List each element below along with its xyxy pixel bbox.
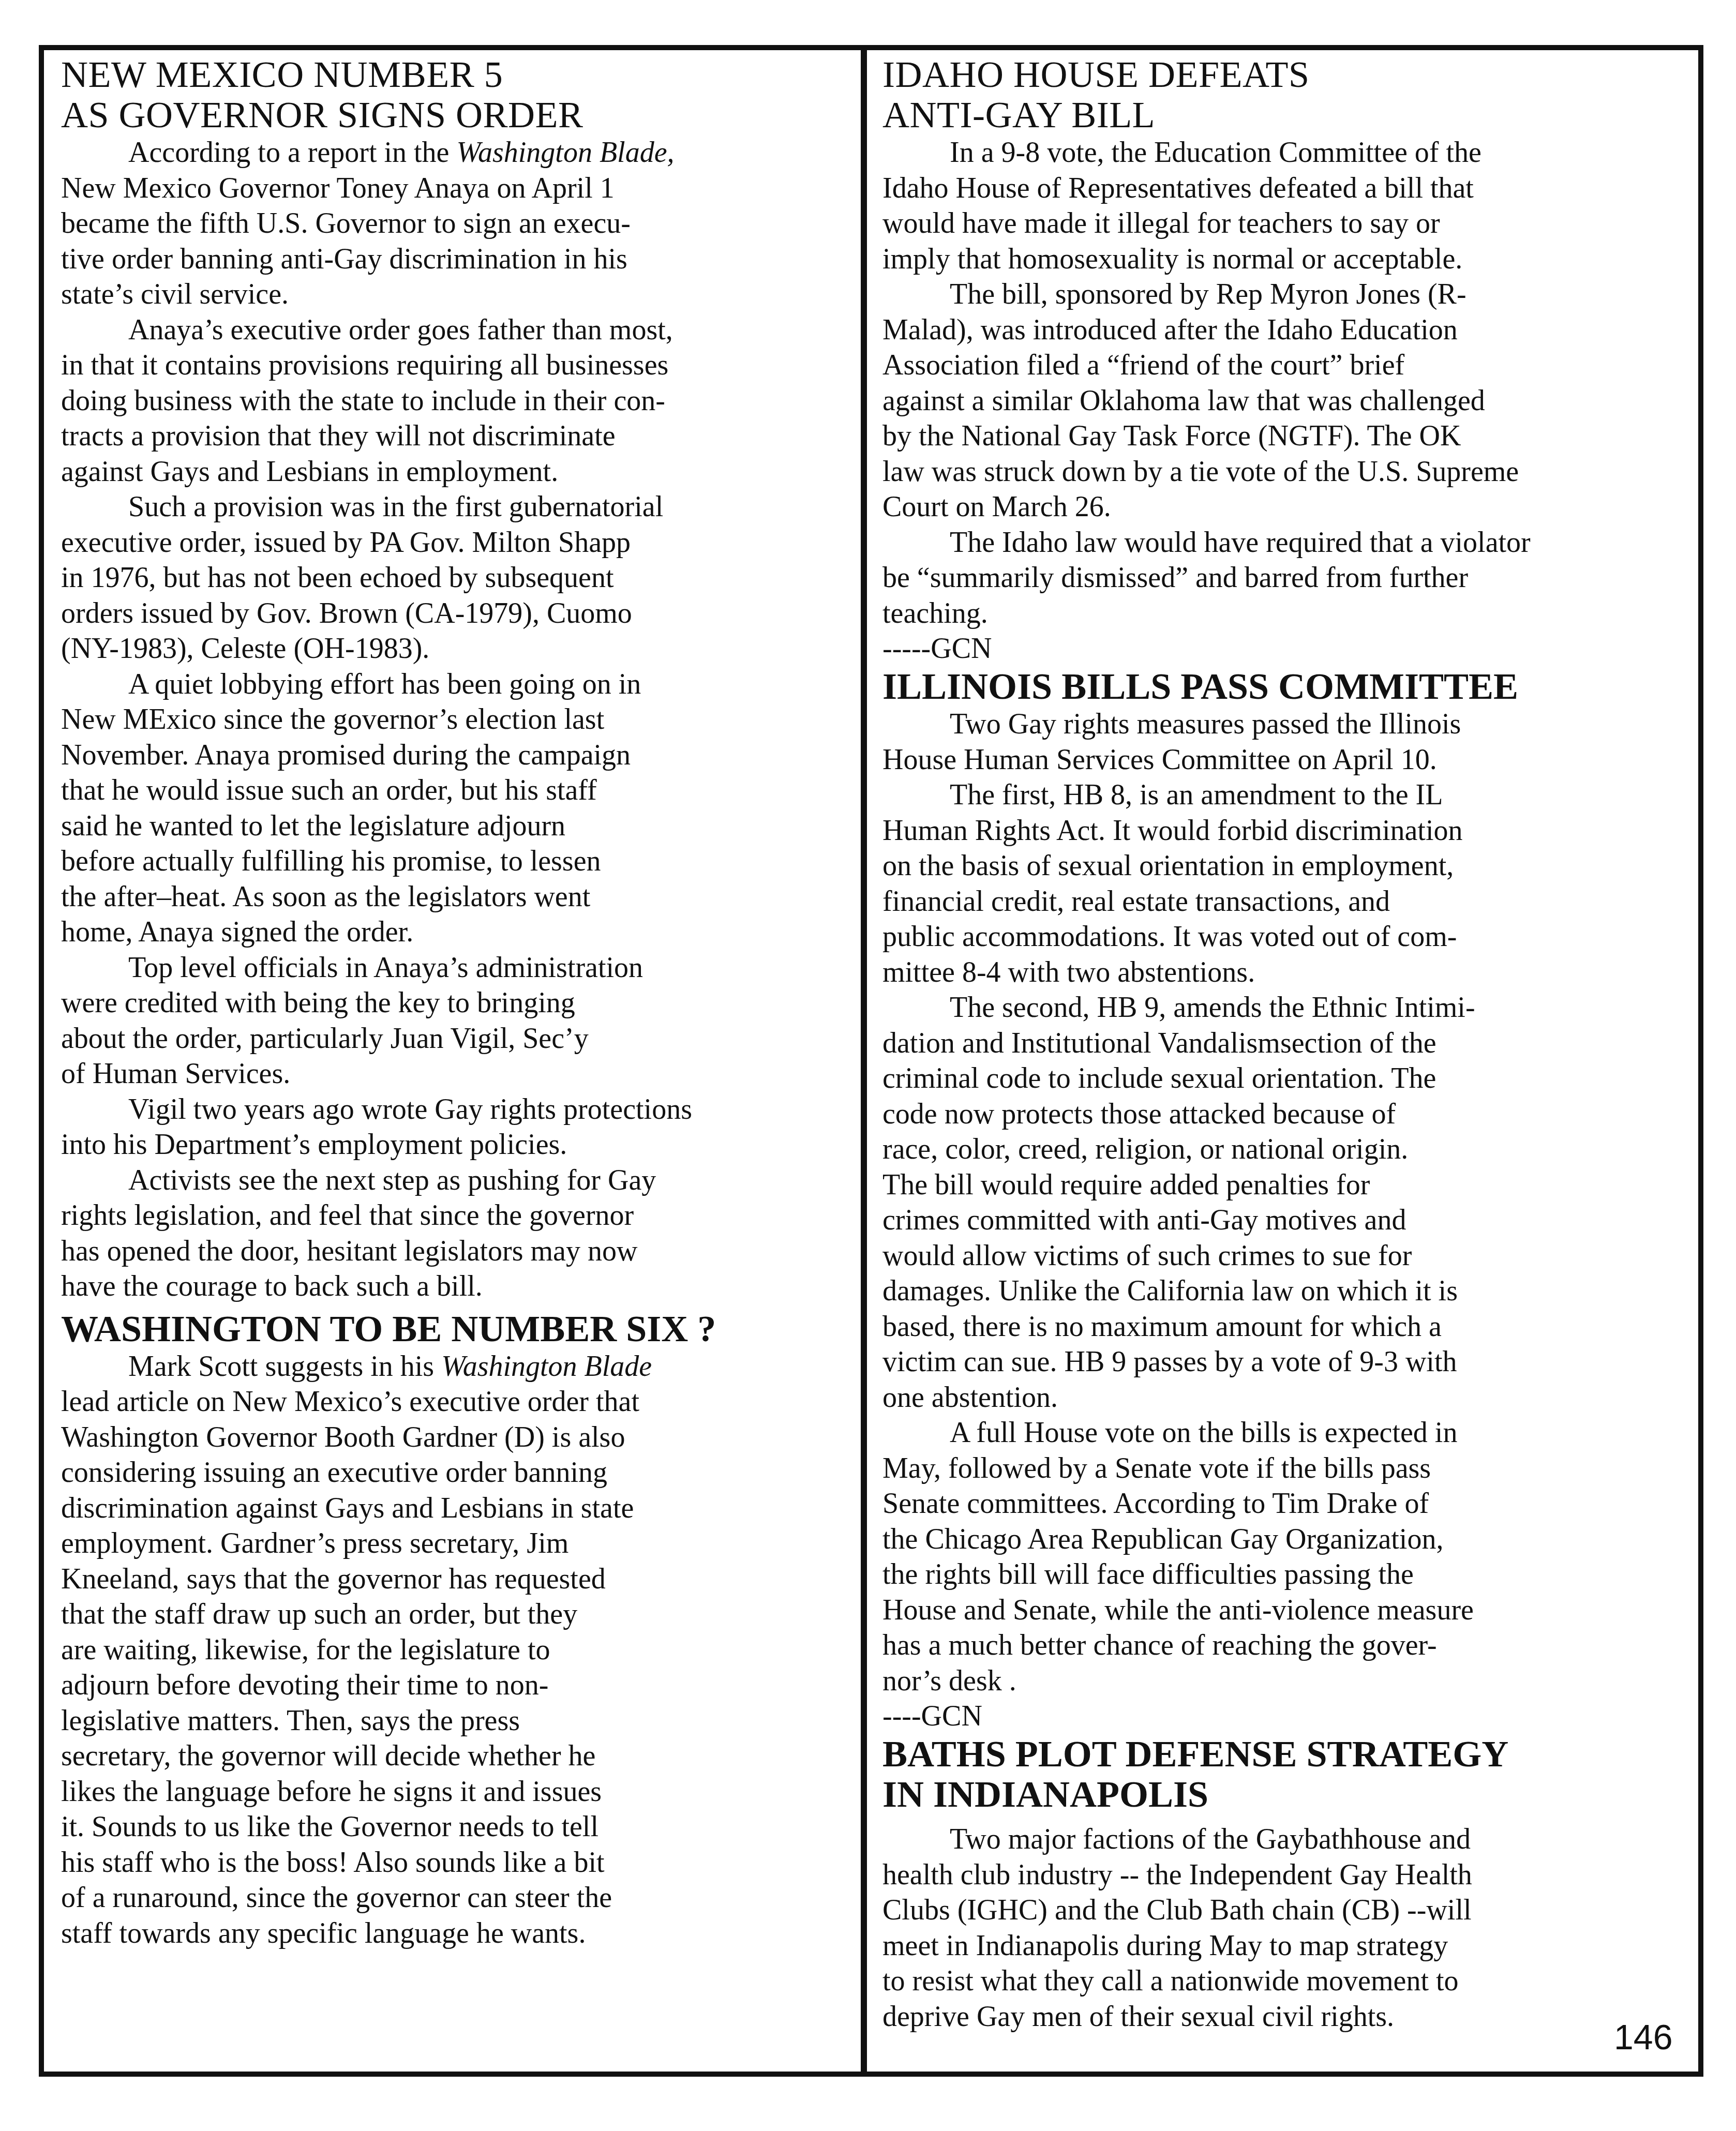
- text-line: dation and Institutional Vandalismsectio…: [882, 1026, 1689, 1061]
- text-line: doing business with the state to include…: [61, 383, 852, 419]
- article-washington: WASHINGTON TO BE NUMBER SIX ? Mark Scott…: [61, 1309, 852, 1952]
- text-line: about the order, particularly Juan Vigil…: [61, 1021, 852, 1057]
- text-line: mittee 8-4 with two abstentions.: [882, 955, 1689, 991]
- text-line: his staff who is the boss! Also sounds l…: [61, 1845, 852, 1881]
- paragraph: Mark Scott suggests in his Washington Bl…: [61, 1349, 852, 1952]
- text-line: Association filed a “friend of the court…: [882, 348, 1689, 383]
- text-line: Idaho House of Representatives defeated …: [882, 171, 1689, 206]
- text-line: teaching.: [882, 596, 1689, 632]
- paragraph: Vigil two years ago wrote Gay rights pro…: [61, 1092, 852, 1163]
- text-line: secretary, the governor will decide whet…: [61, 1738, 852, 1774]
- text-line: Such a provision was in the first gubern…: [61, 489, 852, 525]
- text-line: code now protects those attacked because…: [882, 1097, 1689, 1132]
- paragraph: A full House vote on the bills is expect…: [882, 1415, 1689, 1699]
- text-line: by the National Gay Task Force (NGTF). T…: [882, 418, 1689, 454]
- text-line: Mark Scott suggests in his Washington Bl…: [61, 1349, 852, 1385]
- text-line: The bill would require added penalties f…: [882, 1167, 1689, 1203]
- text-line: on the basis of sexual orientation in em…: [882, 848, 1689, 884]
- text-line: that he would issue such an order, but h…: [61, 773, 852, 808]
- text-line: New Mexico Governor Toney Anaya on April…: [61, 171, 852, 206]
- article-body: Two Gay rights measures passed the Illin…: [882, 707, 1689, 1699]
- text-line: one abstention.: [882, 1380, 1689, 1416]
- text-line: House and Senate, while the anti-violenc…: [882, 1593, 1689, 1628]
- text-line: imply that homosexuality is normal or ac…: [882, 242, 1689, 277]
- text-line: The second, HB 9, amends the Ethnic Inti…: [882, 990, 1689, 1026]
- text-line: that the staff draw up such an order, bu…: [61, 1597, 852, 1632]
- text-line: home, Anaya signed the order.: [61, 914, 852, 950]
- text-line: of Human Services.: [61, 1056, 852, 1092]
- text-line: adjourn before devoting their time to no…: [61, 1668, 852, 1703]
- paragraph: Top level officials in Anaya’s administr…: [61, 950, 852, 1092]
- text-line: Activists see the next step as pushing f…: [61, 1163, 852, 1198]
- paragraph: A quiet lobbying effort has been going o…: [61, 667, 852, 950]
- article-illinois: ILLINOIS BILLS PASS COMMITTEE Two Gay ri…: [882, 666, 1689, 1734]
- text-line: legislative matters. Then, says the pres…: [61, 1703, 852, 1739]
- text-line: have the courage to back such a bill.: [61, 1269, 852, 1304]
- article-body: Mark Scott suggests in his Washington Bl…: [61, 1349, 852, 1952]
- headline-line: IN INDIANAPOLIS: [882, 1774, 1689, 1814]
- text-line: According to a report in the Washington …: [61, 135, 852, 171]
- text-line: were credited with being the key to brin…: [61, 985, 852, 1021]
- source-credit: ----GCN: [882, 1699, 1689, 1734]
- text-line: staff towards any specific language he w…: [61, 1916, 852, 1952]
- headline-illinois: ILLINOIS BILLS PASS COMMITTEE: [882, 666, 1689, 707]
- text-line: state’s civil service.: [61, 277, 852, 312]
- headline-new-mexico: NEW MEXICO NUMBER 5AS GOVERNOR SIGNS ORD…: [61, 54, 852, 135]
- text-line: the rights bill will face difficulties p…: [882, 1557, 1689, 1593]
- text-line: A full House vote on the bills is expect…: [882, 1415, 1689, 1451]
- text-line: tive order banning anti-Gay discriminati…: [61, 242, 852, 277]
- text-line: Two major factions of the Gaybathhouse a…: [882, 1822, 1689, 1857]
- headline-line: NEW MEXICO NUMBER 5: [61, 54, 852, 95]
- text-line: likes the language before he signs it an…: [61, 1774, 852, 1810]
- text-line: A quiet lobbying effort has been going o…: [61, 667, 852, 702]
- publication-title: Washington Blade,: [456, 137, 674, 169]
- text-line: Anaya’s executive order goes father than…: [61, 312, 852, 348]
- right-column: IDAHO HOUSE DEFEATSANTI-GAY BILL In a 9-…: [882, 54, 1689, 2034]
- text-line: in 1976, but has not been echoed by subs…: [61, 560, 852, 596]
- text-line: criminal code to include sexual orientat…: [882, 1061, 1689, 1097]
- paragraph: According to a report in the Washington …: [61, 135, 852, 312]
- article-baths: BATHS PLOT DEFENSE STRATEGYIN INDIANAPOL…: [882, 1734, 1689, 2034]
- text-line: has opened the door, hesitant legislator…: [61, 1234, 852, 1269]
- text-line: Two Gay rights measures passed the Illin…: [882, 707, 1689, 742]
- text-line: has a much better chance of reaching the…: [882, 1628, 1689, 1663]
- text-line: law was struck down by a tie vote of the…: [882, 454, 1689, 490]
- text-line: Vigil two years ago wrote Gay rights pro…: [61, 1092, 852, 1128]
- text-line: Malad), was introduced after the Idaho E…: [882, 312, 1689, 348]
- text-line: be “summarily dismissed” and barred from…: [882, 560, 1689, 596]
- text-line: November. Anaya promised during the camp…: [61, 738, 852, 773]
- text-line: considering issuing an executive order b…: [61, 1455, 852, 1491]
- text-line: The Idaho law would have required that a…: [882, 525, 1689, 561]
- text-line: Washington Governor Booth Gardner (D) is…: [61, 1420, 852, 1455]
- text-line: Kneeland, says that the governor has req…: [61, 1562, 852, 1597]
- text-line: lead article on New Mexico’s executive o…: [61, 1384, 852, 1420]
- text-line: into his Department’s employment policie…: [61, 1127, 852, 1163]
- text-line: against Gays and Lesbians in employment.: [61, 454, 852, 490]
- text-line: Top level officials in Anaya’s administr…: [61, 950, 852, 986]
- headline-line: ANTI-GAY BILL: [882, 95, 1689, 135]
- text-line: race, color, creed, religion, or nationa…: [882, 1132, 1689, 1167]
- headline-baths: BATHS PLOT DEFENSE STRATEGYIN INDIANAPOL…: [882, 1734, 1689, 1814]
- article-body: In a 9-8 vote, the Education Committee o…: [882, 135, 1689, 631]
- article-new-mexico: NEW MEXICO NUMBER 5AS GOVERNOR SIGNS ORD…: [61, 54, 852, 1304]
- paragraph: Activists see the next step as pushing f…: [61, 1163, 852, 1304]
- text-line: deprive Gay men of their sexual civil ri…: [882, 1999, 1689, 2035]
- text-line: (NY-1983), Celeste (OH-1983).: [61, 631, 852, 667]
- text-line: based, there is no maximum amount for wh…: [882, 1309, 1689, 1345]
- text-line: Court on March 26.: [882, 489, 1689, 525]
- text-line: rights legislation, and feel that since …: [61, 1198, 852, 1234]
- text-line: New MExico since the governor’s election…: [61, 702, 852, 738]
- text-line: of a runaround, since the governor can s…: [61, 1880, 852, 1916]
- text-line: public accommodations. It was voted out …: [882, 919, 1689, 955]
- paragraph: Two Gay rights measures passed the Illin…: [882, 707, 1689, 777]
- headline-line: WASHINGTON TO BE NUMBER SIX ?: [61, 1309, 852, 1349]
- text-line: Human Rights Act. It would forbid discri…: [882, 813, 1689, 849]
- text-line: said he wanted to let the legislature ad…: [61, 808, 852, 844]
- headline-idaho: IDAHO HOUSE DEFEATSANTI-GAY BILL: [882, 54, 1689, 135]
- text-line: orders issued by Gov. Brown (CA-1979), C…: [61, 596, 852, 632]
- text-line: are waiting, likewise, for the legislatu…: [61, 1632, 852, 1668]
- headline-line: IDAHO HOUSE DEFEATS: [882, 54, 1689, 95]
- paragraph: Anaya’s executive order goes father than…: [61, 312, 852, 490]
- article-idaho: IDAHO HOUSE DEFEATSANTI-GAY BILL In a 9-…: [882, 54, 1689, 666]
- text-line: In a 9-8 vote, the Education Committee o…: [882, 135, 1689, 171]
- text-line: before actually fulfilling his promise, …: [61, 844, 852, 879]
- text-line: Senate committees. According to Tim Drak…: [882, 1486, 1689, 1522]
- headline-line: BATHS PLOT DEFENSE STRATEGY: [882, 1734, 1689, 1774]
- text-line: crimes committed with anti-Gay motives a…: [882, 1203, 1689, 1238]
- text-line: executive order, issued by PA Gov. Milto…: [61, 525, 852, 561]
- publication-title: Washington Blade: [441, 1350, 652, 1383]
- headline-washington: WASHINGTON TO BE NUMBER SIX ?: [61, 1309, 852, 1349]
- text-line: against a similar Oklahoma law that was …: [882, 383, 1689, 419]
- paragraph: The Idaho law would have required that a…: [882, 525, 1689, 632]
- column-divider: [861, 45, 867, 2077]
- paragraph: The bill, sponsored by Rep Myron Jones (…: [882, 277, 1689, 525]
- text-line: it. Sounds to us like the Governor needs…: [61, 1809, 852, 1845]
- text-line: damages. Unlike the California law on wh…: [882, 1273, 1689, 1309]
- text-line: May, followed by a Senate vote if the bi…: [882, 1451, 1689, 1487]
- text-line: nor’s desk .: [882, 1663, 1689, 1699]
- text-line: The bill, sponsored by Rep Myron Jones (…: [882, 277, 1689, 312]
- text-line: meet in Indianapolis during May to map s…: [882, 1928, 1689, 1964]
- text-line: financial credit, real estate transactio…: [882, 884, 1689, 920]
- left-column: NEW MEXICO NUMBER 5AS GOVERNOR SIGNS ORD…: [61, 54, 852, 1951]
- text-line: employment. Gardner’s press secretary, J…: [61, 1526, 852, 1562]
- text-line: victim can sue. HB 9 passes by a vote of…: [882, 1344, 1689, 1380]
- paragraph: The second, HB 9, amends the Ethnic Inti…: [882, 990, 1689, 1415]
- article-body: According to a report in the Washington …: [61, 135, 852, 1304]
- text-line: the Chicago Area Republican Gay Organiza…: [882, 1522, 1689, 1557]
- text-line: to resist what they call a nationwide mo…: [882, 1963, 1689, 1999]
- text-line: health club industry -- the Independent …: [882, 1857, 1689, 1893]
- paragraph: Two major factions of the Gaybathhouse a…: [882, 1822, 1689, 2034]
- text-line: would allow victims of such crimes to su…: [882, 1238, 1689, 1274]
- paragraph: In a 9-8 vote, the Education Committee o…: [882, 135, 1689, 277]
- text-line: in that it contains provisions requiring…: [61, 348, 852, 383]
- text-line: The first, HB 8, is an amendment to the …: [882, 777, 1689, 813]
- text-line: would have made it illegal for teachers …: [882, 206, 1689, 242]
- source-credit: -----GCN: [882, 631, 1689, 666]
- paragraph: Such a provision was in the first gubern…: [61, 489, 852, 667]
- text-line: House Human Services Committee on April …: [882, 742, 1689, 778]
- page-number: 146: [1614, 2017, 1672, 2058]
- text-line: the after–heat. As soon as the legislato…: [61, 879, 852, 915]
- paragraph: The first, HB 8, is an amendment to the …: [882, 777, 1689, 990]
- headline-line: ILLINOIS BILLS PASS COMMITTEE: [882, 666, 1689, 707]
- headline-line: AS GOVERNOR SIGNS ORDER: [61, 95, 852, 135]
- text-line: discrimination against Gays and Lesbians…: [61, 1491, 852, 1526]
- text-line: Clubs (IGHC) and the Club Bath chain (CB…: [882, 1893, 1689, 1928]
- text-line: tracts a provision that they will not di…: [61, 418, 852, 454]
- article-body: Two major factions of the Gaybathhouse a…: [882, 1822, 1689, 2034]
- text-line: became the fifth U.S. Governor to sign a…: [61, 206, 852, 242]
